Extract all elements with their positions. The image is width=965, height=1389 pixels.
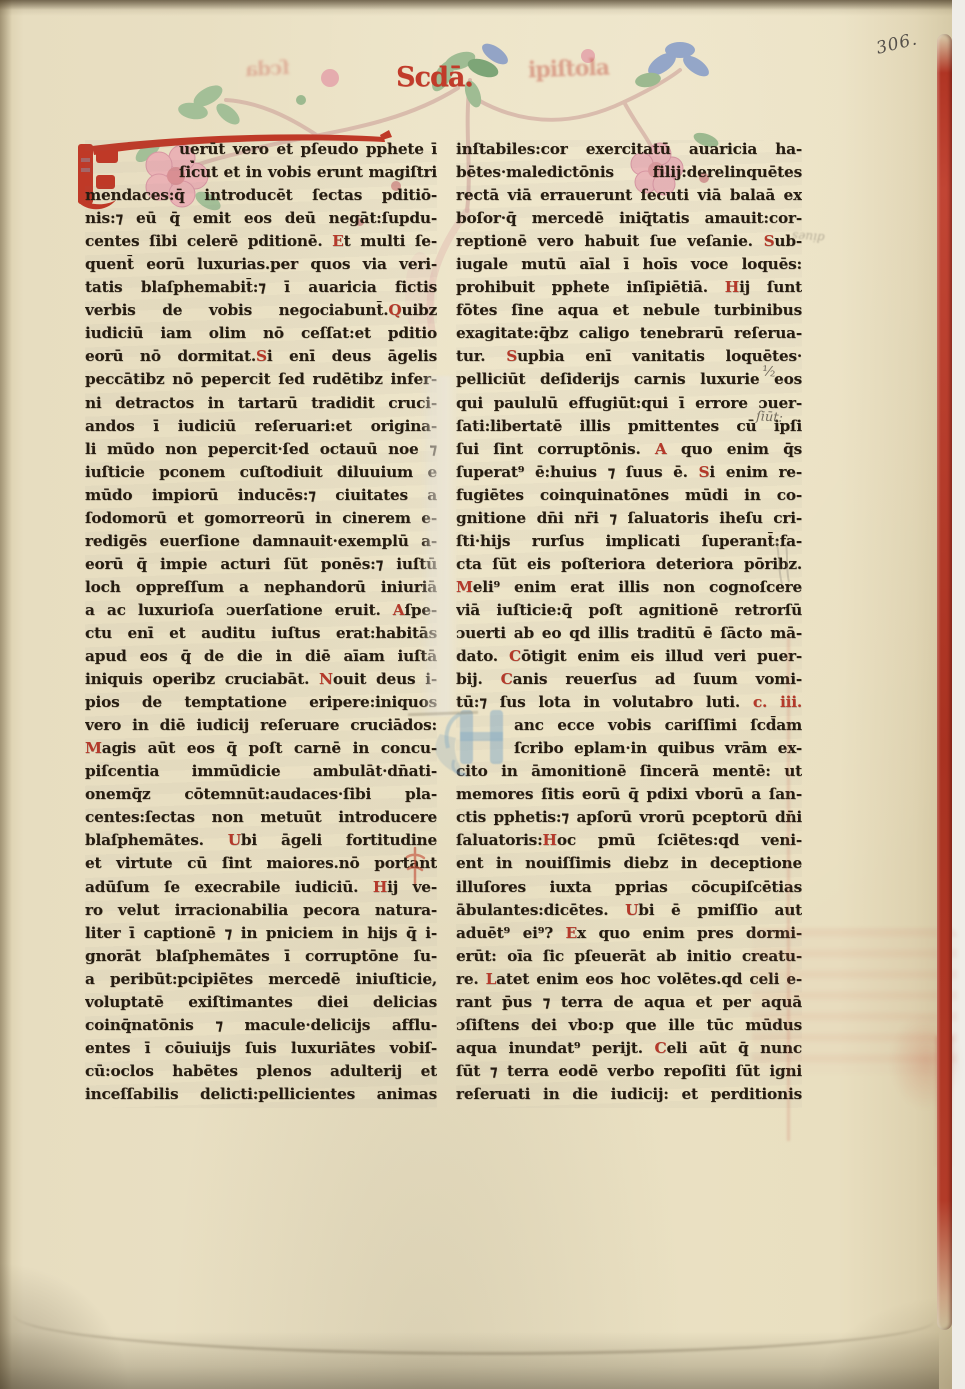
text-line: entes ī cōuiuijs ſuis luxuriātes vobiſ- <box>85 1039 437 1062</box>
text-line: ro velut irracionabilia pecora natura- <box>85 901 437 924</box>
text-line: liter ī captionē ⁊ in pniciem in hijs q̄… <box>85 924 437 947</box>
text-line: reptionē vero habuit ſue veſanie. Sub- <box>456 232 802 255</box>
text-line: inceſſabilis delicti:pellicientes animas <box>85 1085 437 1108</box>
text-line: aduēt⁹ ei⁹? Ex quo enim pres dormi- <box>456 924 802 947</box>
faint-marginal-note: diues <box>792 229 825 245</box>
text-line: ſicut et in vobis erunt magiſtri <box>85 163 437 186</box>
manuscript-photo: ſcda Scdā. ipiſtola 306. F uerūt vero et… <box>0 0 965 1389</box>
text-line: ctu enī et auditu iuſtus erat:habitās <box>85 624 437 647</box>
text-line: viā iuſticie:q̄ poſt agnitionē retrorſū <box>456 601 802 624</box>
text-line: a peribūt:pcipiētes mercedē iniuſticie, <box>85 970 437 993</box>
text-line: andos ī iudiciū reſeruari:et origina- <box>85 417 437 440</box>
red-pen-mark <box>403 845 429 889</box>
marginal-note-fiut: ſiūt: <box>756 409 784 425</box>
text-line: dato. Cōtigit enim eis illud veri puer- <box>456 647 802 670</box>
text-line: blaſphemātes. Ubi āgeli fortitudine <box>85 831 437 854</box>
text-column-right: inſtabiles:cor exercitatū auaricia ha-bē… <box>456 140 802 1108</box>
text-line: vero in diē iudicij reſeruare cruciādos: <box>85 716 437 739</box>
text-line: fugiētes coinquinatōnes mūdi in co- <box>456 486 802 509</box>
blue-leaves-right <box>634 42 712 89</box>
text-line: cta ſūt eis poſteriora deteriora pōribz. <box>456 555 802 578</box>
text-line: ſodomorū et gomorreorū in cinerem e- <box>85 509 437 532</box>
text-line: erūt: oīa ſic pſeuerāt ab initio creatu- <box>456 947 802 970</box>
parchment-page: ſcda Scdā. ipiſtola 306. F uerūt vero et… <box>0 0 952 1389</box>
text-line: eorū nō dormitat.Si enī deus āgelis <box>85 347 437 370</box>
text-line: illuſores iuxta pprias cōcupiſcētias <box>456 878 802 901</box>
text-line: et virtute cū ſint maiores.nō portant <box>85 854 437 877</box>
text-line: ent in nouiſſimis diebz in deceptione <box>456 854 802 877</box>
text-line: quent̄ eorū luxurias.per quos via veri- <box>85 255 437 278</box>
text-line: bij. Canis reuerſus ad ſuum vomi- <box>456 670 802 693</box>
text-line: qui paululū effugiūt:qui ī errore ɔuer- <box>456 394 802 417</box>
text-line: ſuperat⁹ ē:huius ⁊ ſuus ē. Si enim re- <box>456 463 802 486</box>
text-line: pelliciūt deſiderijs carnis luxurie eos <box>456 370 802 393</box>
text-line: iuſticie pconem cuſtodiuit diluuium e <box>85 463 437 486</box>
text-column-left: uerūt vero et pſeudo pphete ī plo-ſicut … <box>85 140 437 1108</box>
text-line: memores ſitis eorū q̄ pdixi vborū a ſan- <box>456 785 802 808</box>
paper-repair-patch <box>421 376 458 716</box>
text-line: ābulantes:dicētes. Ubi ē pmiſſio aut <box>456 901 802 924</box>
text-line: nis:⁊ eū q̄ emit eos deū negāt:ſupdu- <box>85 209 437 232</box>
text-line: ɔſiſtens dei vbo:p que ille tūc mūdus <box>456 1016 802 1039</box>
running-title: Scdā. <box>396 62 473 93</box>
text-line: gnorāt blaſphemātes ī corruptōne ſu- <box>85 947 437 970</box>
text-line: iniquis operibz cruciabāt. Nouit deus i- <box>85 670 437 693</box>
text-line: reſeruati in die iudicij: et perditionis <box>456 1085 802 1108</box>
text-line: centes:ſectas non metuūt introducere <box>85 808 437 831</box>
text-line: Magis aūt eos q̄ poſt carnē in concu- <box>85 739 437 762</box>
bottom-right-corner-shadow <box>792 1280 952 1389</box>
text-line: tatis blaſphemabit̄:⁊ ī auaricia fictis <box>85 278 437 301</box>
text-line: centes ſibi celerē pditionē. Et multi ſe… <box>85 232 437 255</box>
text-line: eorū q̄ impie acturi ſūt ponēs:⁊ iuſtū <box>85 555 437 578</box>
text-line: coinq̄natōnis ⁊ macule·delicijs afflu- <box>85 1016 437 1039</box>
text-line: aqua inundat⁹ perijt. Celi aūt q̄ nunc <box>456 1039 802 1062</box>
text-line: ſati:libertatē illis pmittentes cū ipſi <box>456 417 802 440</box>
red-fore-edge <box>937 34 952 1330</box>
text-line: piſcentia immūdicie ambulāt·dn̄ati- <box>85 762 437 785</box>
text-line: peccātibz nō pepercit ſed rudētibz infer… <box>85 370 437 393</box>
running-title-offset: ſcda <box>245 55 290 81</box>
running-title-faint: ipiſtola <box>528 55 610 84</box>
text-line: loch oppreſſum a nephandorū iniuriā <box>85 578 437 601</box>
text-line: prohibuit pphete inſipiētiā. Hij ſunt <box>456 278 802 301</box>
text-line: cū:oclos habētes plenos adulterij et <box>85 1062 437 1085</box>
text-line: fōtes ſine aqua et nebule turbinibus <box>456 301 802 324</box>
text-line: rectā viā errauerunt ſecuti viā balaā ex <box>456 186 802 209</box>
marginal-note-half: ½ <box>761 363 776 380</box>
text-line: gnitione dn̄i nr̄i ⁊ ſaluatoris iheſu cr… <box>456 509 802 532</box>
text-line: ſti·hijs rurſus implicati ſuperant̄:fa- <box>456 532 802 555</box>
text-line: verbis de vobis negociabunt̄.Quibz <box>85 301 437 324</box>
text-line: li mūdo non pepercit·ſed octauū noe ⁊ <box>85 440 437 463</box>
text-line: tur. Supbia enī vanitatis loquētes· <box>456 347 802 370</box>
text-line: adūſum ſe execrabile iudiciū. Hij ve- <box>85 878 437 901</box>
text-line: ctis pphetis:⁊ apſorū vrorū pceptorū dn̄… <box>456 808 802 831</box>
text-line: bētes·maledictōnis filij:derelinquētes <box>456 163 802 186</box>
text-line: mūdo impiorū inducēs:⁊ ciuitates a <box>85 486 437 509</box>
text-line: Meli⁹ enim erat illis non cognoſcere <box>456 578 802 601</box>
bottom-left-corner-shadow <box>0 1262 130 1389</box>
page-left-edge-shadow <box>0 0 12 1389</box>
text-line: boſor·q̄ mercedē iniq̄tatis amauit:cor- <box>456 209 802 232</box>
pink-bud <box>321 69 339 87</box>
text-line: re. Latet enim eos hoc volētes.qd celi e… <box>456 970 802 993</box>
text-line: rant p̄us ⁊ terra de aqua et per aquā <box>456 993 802 1016</box>
text-line: ni detractos in tartarū tradidit cruci- <box>85 394 437 417</box>
text-line: ɔuerti ab eo qd illis traditū ē ſācto mā… <box>456 624 802 647</box>
text-line: mendaces:q̄ introducēt ſectas pditiō- <box>85 186 437 209</box>
text-line: ſūt ⁊ terra eodē verbo repoſiti ſūt igni <box>456 1062 802 1085</box>
text-line: apud eos q̄ de die in diē aīam iuſtā <box>85 647 437 670</box>
text-line: redigēs euerſione damnauit·exemplū a- <box>85 532 437 555</box>
text-line: pios de temptatione eripere:iniquos <box>85 693 437 716</box>
text-line: ſaluatoris:Hoc pmū ſciētes:qd veni- <box>456 831 802 854</box>
folio-number: 306. <box>874 29 919 59</box>
page-top-edge-shadow <box>0 0 952 10</box>
text-line: voluptatē exiſtimantes diei delicias <box>85 993 437 1016</box>
pencil-strokes <box>770 536 796 588</box>
text-line: iudiciū iam olim nō ceſſat:et pditio <box>85 324 437 347</box>
text-line: onemq̄z cōtemnūt:audaces·ſibi pla- <box>85 785 437 808</box>
text-line: exagitate:q̄bz caligo tenebrarū reſerua- <box>456 324 802 347</box>
text-line: uerūt vero et pſeudo pphete ī plo- <box>85 140 437 163</box>
text-line: a ac luxurioſa ɔuerſatione eruit. Aſpe- <box>85 601 437 624</box>
text-line: iugale mutū aīal ī hoīs voce loquēs: <box>456 255 802 278</box>
text-line: inſtabiles:cor exercitatū auaricia ha- <box>456 140 802 163</box>
text-line: ſui ſint corruptōnis. A quo enim q̄s <box>456 440 802 463</box>
